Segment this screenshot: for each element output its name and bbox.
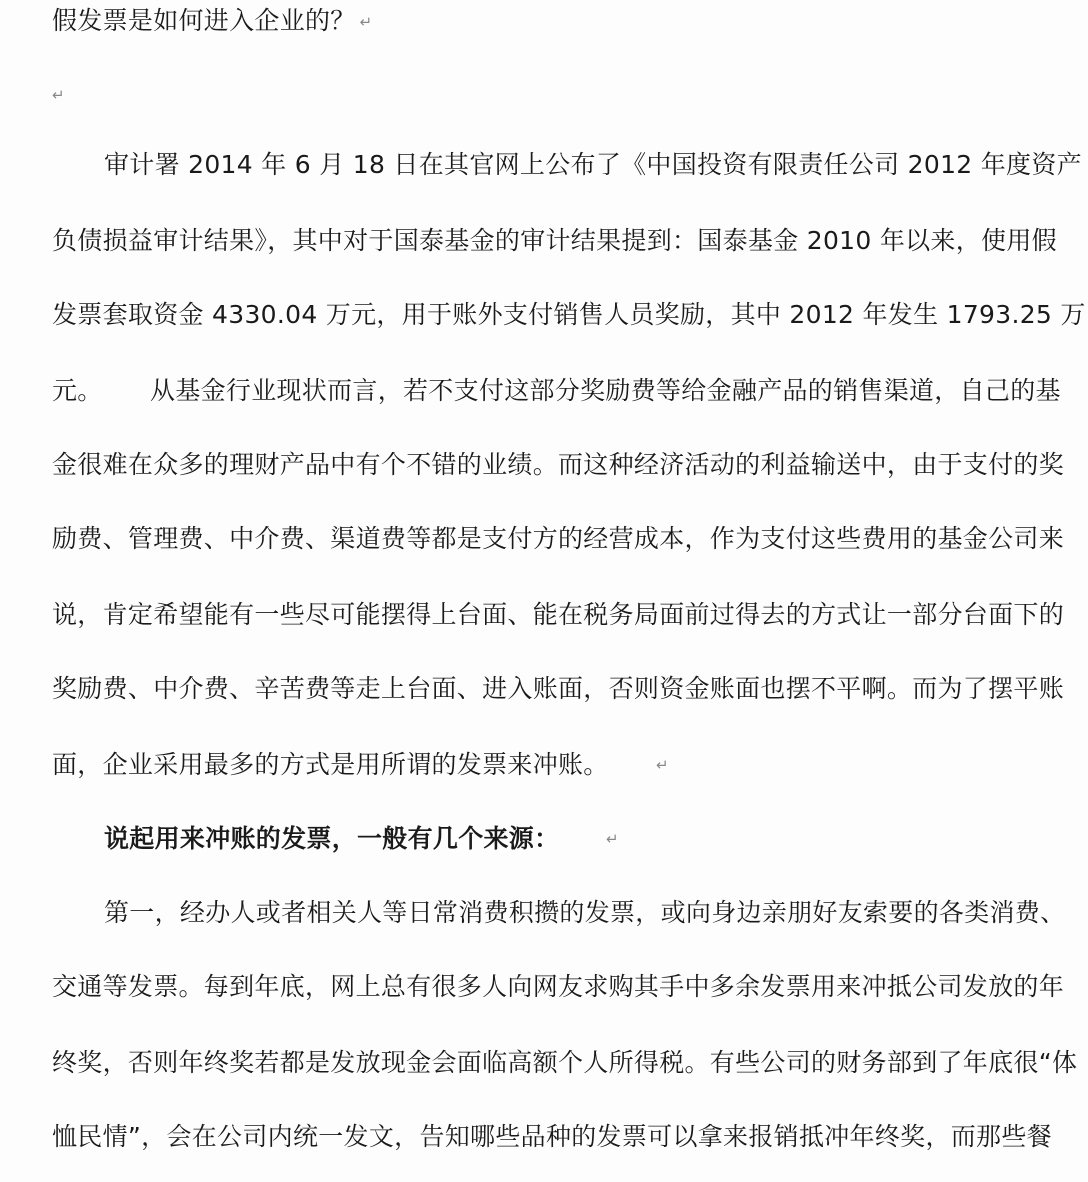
line-text: 说，肯定希望能有一些尽可能摆得上台面、能在税务局面前过得去的方式让一部分台面下的: [52, 600, 1046, 630]
paragraph-line: 审计署 2014 年 6 月 18 日在其官网上公布了《中国投资有限责任公司 2…: [104, 150, 1046, 180]
line-text: 发票套取资金 4330.04 万元，用于账外支付销售人员奖励，其中 2012 年…: [52, 300, 1046, 330]
paragraph-line: 金很难在众多的理财产品中有个不错的业绩。而这种经济活动的利益输送中，由于支付的奖: [52, 450, 1046, 480]
paragraph-line: 励费、管理费、中介费、渠道费等都是支付方的经营成本，作为支付这些费用的基金公司来: [52, 524, 1046, 554]
paragraph-mark-icon: ↵: [606, 830, 619, 848]
line-text: 第一，经办人或者相关人等日常消费积攒的发票，或向身边亲朋好友索要的各类消费、: [104, 898, 1046, 928]
line-text: 奖励费、中介费、辛苦费等走上台面、进入账面，否则资金账面也摆不平啊。而为了摆平账: [52, 674, 1046, 704]
document-title: 假发票是如何进入企业的？↵: [52, 6, 372, 37]
line-text: 面，企业采用最多的方式是用所谓的发票来冲账。: [52, 750, 609, 779]
paragraph-line: 从基金行业现状而言，若不支付这部分奖励费等给金融产品的销售渠道，自己的基: [150, 376, 1046, 406]
paragraph-mark-icon: ↵: [656, 756, 669, 774]
paragraph-line: 面，企业采用最多的方式是用所谓的发票来冲账。: [52, 750, 609, 780]
line-text: 负债损益审计结果》，其中对于国泰基金的审计结果提到：国泰基金 2010 年以来，…: [52, 226, 1046, 256]
document-page: 假发票是如何进入企业的？↵ ↵ 审计署 2014 年 6 月 18 日在其官网上…: [0, 0, 1088, 1182]
paragraph-mark-icon: ↵: [360, 13, 373, 31]
paragraph-line: 奖励费、中介费、辛苦费等走上台面、进入账面，否则资金账面也摆不平啊。而为了摆平账: [52, 674, 1046, 704]
title-text: 假发票是如何进入企业的？: [52, 6, 356, 35]
paragraph-line: 负债损益审计结果》，其中对于国泰基金的审计结果提到：国泰基金 2010 年以来，…: [52, 226, 1046, 256]
paragraph-line: 恤民情”，会在公司内统一发文，告知哪些品种的发票可以拿来报销抵冲年终奖，而那些餐: [52, 1122, 1046, 1152]
paragraph-line: 交通等发票。每到年底，网上总有很多人向网友求购其手中多余发票用来冲抵公司发放的年: [52, 972, 1046, 1002]
line-text: 审计署 2014 年 6 月 18 日在其官网上公布了《中国投资有限责任公司 2…: [104, 150, 1046, 180]
paragraph-line: 说，肯定希望能有一些尽可能摆得上台面、能在税务局面前过得去的方式让一部分台面下的: [52, 600, 1046, 630]
section-heading: 说起用来冲账的发票，一般有几个来源：: [104, 824, 559, 854]
paragraph-line: 终奖，否则年终奖若都是发放现金会面临高额个人所得税。有些公司的财务部到了年底很“…: [52, 1048, 1046, 1078]
line-text: 交通等发票。每到年底，网上总有很多人向网友求购其手中多余发票用来冲抵公司发放的年: [52, 972, 1046, 1002]
line-text: 恤民情”，会在公司内统一发文，告知哪些品种的发票可以拿来报销抵冲年终奖，而那些餐: [52, 1122, 1046, 1152]
paragraph-line: 第一，经办人或者相关人等日常消费积攒的发票，或向身边亲朋好友索要的各类消费、: [104, 898, 1046, 928]
heading-text: 说起用来冲账的发票，一般有几个来源：: [104, 824, 559, 853]
line-text: 励费、管理费、中介费、渠道费等都是支付方的经营成本，作为支付这些费用的基金公司来: [52, 524, 1046, 554]
line-text: 元。: [52, 376, 103, 405]
line-text: 从基金行业现状而言，若不支付这部分奖励费等给金融产品的销售渠道，自己的基: [150, 376, 1046, 406]
paragraph-line: 发票套取资金 4330.04 万元，用于账外支付销售人员奖励，其中 2012 年…: [52, 300, 1046, 330]
line-text: 终奖，否则年终奖若都是发放现金会面临高额个人所得税。有些公司的财务部到了年底很“…: [52, 1048, 1046, 1078]
paragraph-mark-icon: ↵: [52, 86, 65, 104]
line-text: 金很难在众多的理财产品中有个不错的业绩。而这种经济活动的利益输送中，由于支付的奖: [52, 450, 1046, 480]
paragraph-line: 元。: [52, 376, 103, 406]
